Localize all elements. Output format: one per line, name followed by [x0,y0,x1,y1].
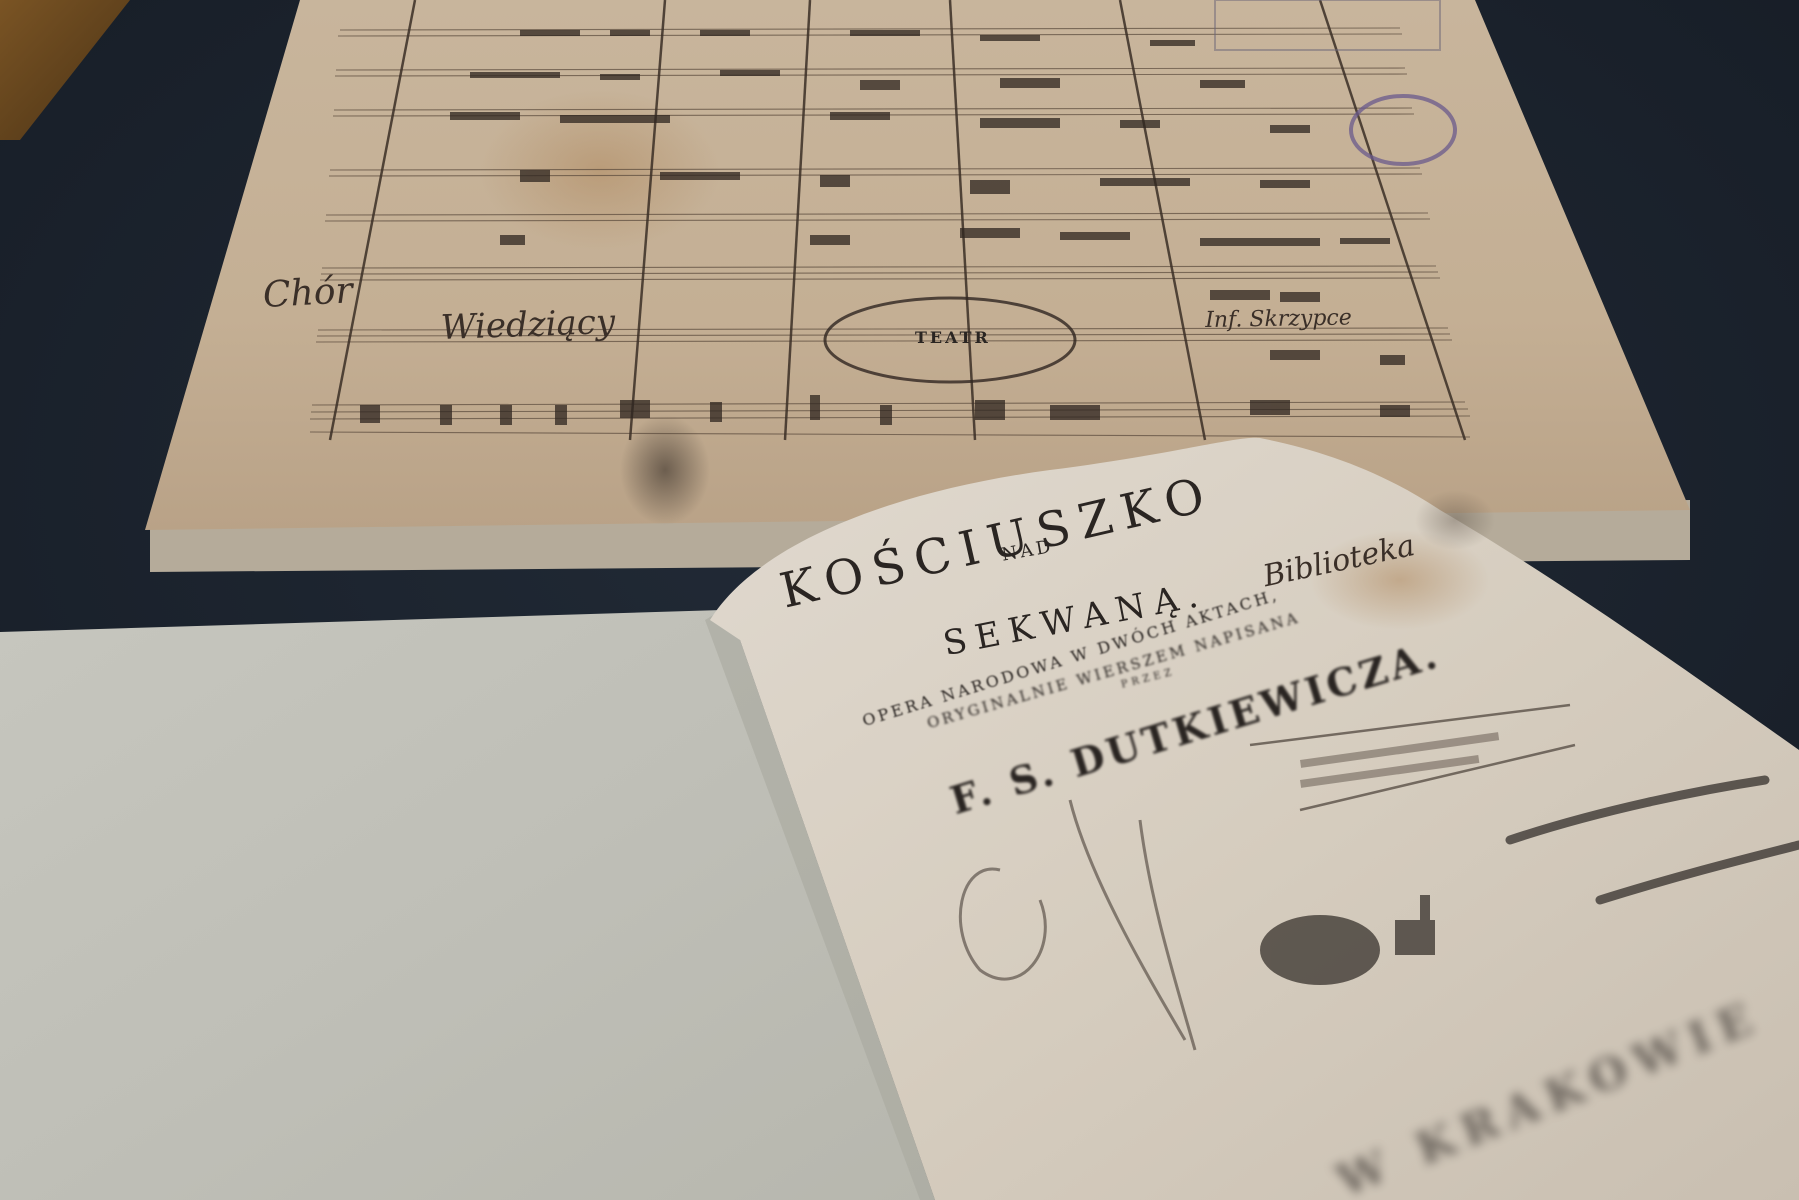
libretto-title-page [0,0,1799,1200]
photo-scene: Chór Wiedziący Inf. Skrzypce TEATR [0,0,1799,1200]
